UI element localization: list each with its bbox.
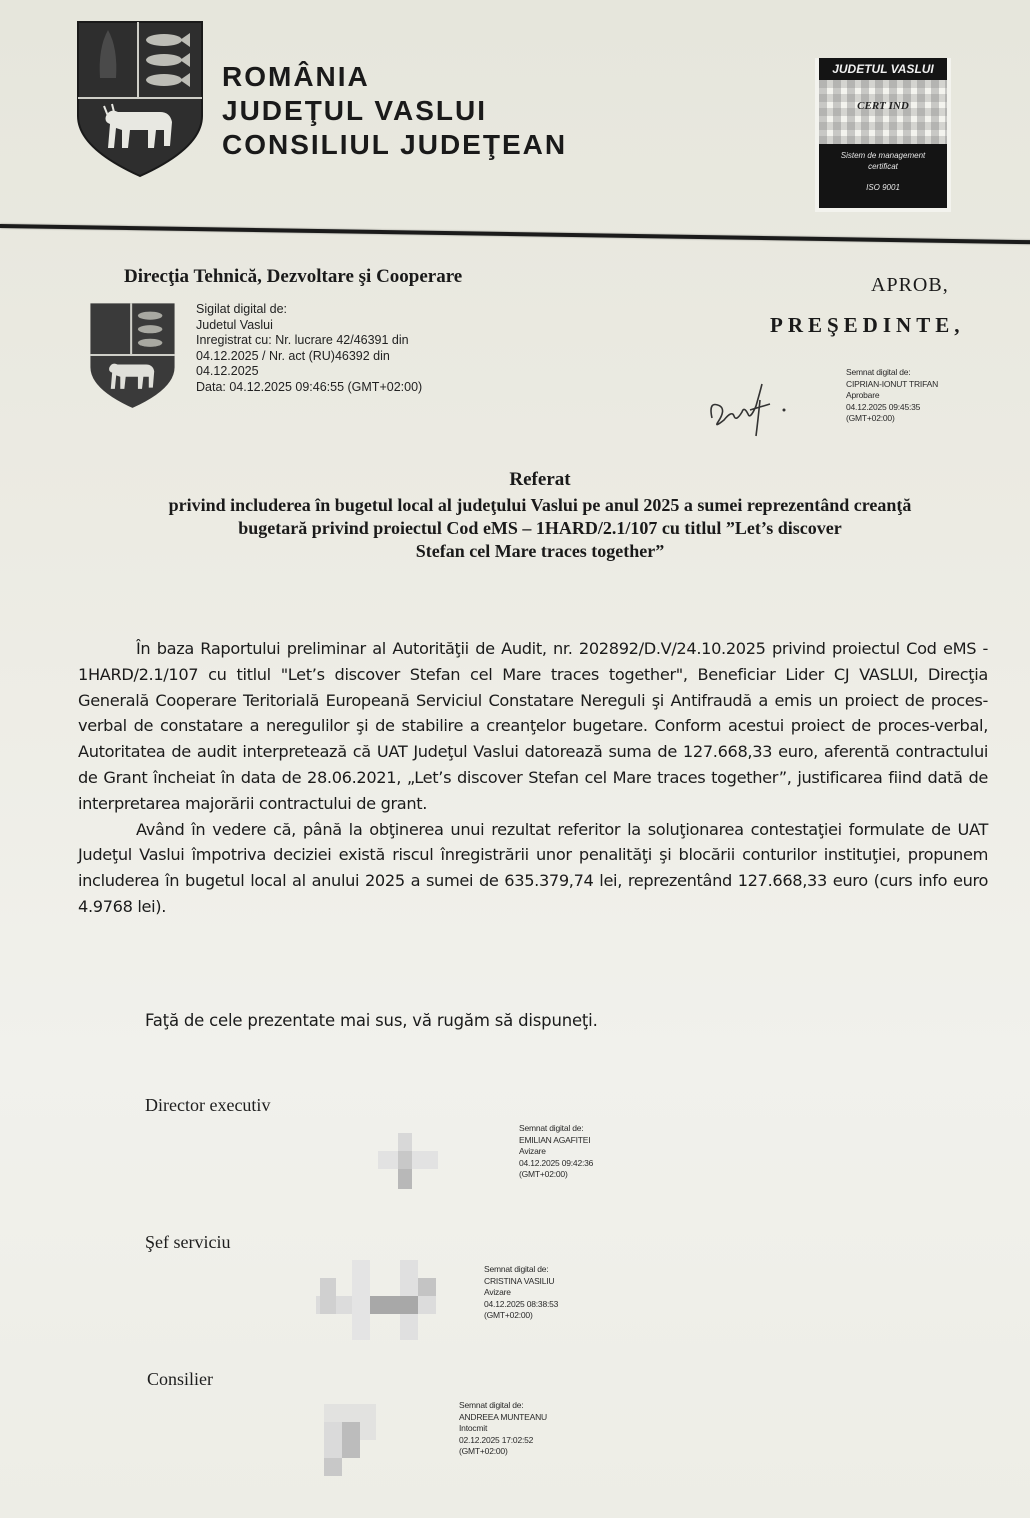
sig-timezone: (GMT+02:00) (459, 1446, 547, 1458)
sig-timezone: (GMT+02:00) (846, 413, 938, 425)
sig-action: Avizare (484, 1287, 558, 1299)
coat-of-arms-icon (70, 18, 210, 178)
seal-act-date: 04.12.2025 (196, 364, 422, 380)
sig-label: Semnat digital de: (519, 1123, 593, 1135)
header-county: JUDEŢUL VASLUI (222, 94, 567, 128)
certind-logo-icon: CERT IND (819, 100, 947, 112)
sig-name: ANDREEA MUNTEANU (459, 1412, 547, 1424)
head-of-service-digital-signature: Semnat digital de: CRISTINA VASILIU Aviz… (484, 1264, 558, 1322)
document-title: Referat privind includerea în bugetul lo… (60, 468, 1020, 563)
sig-label: Semnat digital de: (484, 1264, 558, 1276)
document-body: În baza Raportului preliminar al Autorit… (78, 636, 988, 920)
cert-logo-area: CERT IND (819, 80, 947, 144)
cert-line-1: Sistem de management (841, 151, 926, 160)
sig-datetime: 04.12.2025 09:42:36 (519, 1158, 593, 1170)
approval-label: APROB, (871, 274, 949, 297)
header-council: CONSILIUL JUDEŢEAN (222, 128, 567, 162)
director-digital-signature: Semnat digital de: EMILIAN AGAFITEI Aviz… (519, 1123, 593, 1181)
seal-act-number: 04.12.2025 / Nr. act (RU)46392 din (196, 349, 422, 365)
sig-datetime: 02.12.2025 17:02:52 (459, 1435, 547, 1447)
digital-seal-info: Sigilat digital de: Judetul Vaslui Inreg… (196, 302, 422, 395)
cert-badge-title: JUDETUL VASLUI (819, 58, 947, 80)
department-name: Direcţia Tehnică, Dezvoltare şi Cooperar… (124, 266, 462, 288)
redacted-signature-advisor (324, 1404, 380, 1476)
sig-datetime: 04.12.2025 08:38:53 (484, 1299, 558, 1311)
sig-name: CRISTINA VASILIU (484, 1276, 558, 1288)
closing-sentence: Faţă de cele prezentate mai sus, vă rugă… (145, 1011, 598, 1030)
digital-seal-crest-icon (85, 300, 180, 410)
redacted-signature-head-of-service (316, 1260, 436, 1340)
president-title: PREŞEDINTE, (770, 313, 964, 338)
body-paragraph-1: În baza Raportului preliminar al Autorit… (78, 636, 988, 817)
sig-timezone: (GMT+02:00) (484, 1310, 558, 1322)
seal-label: Sigilat digital de: (196, 302, 422, 318)
seal-entity: Judetul Vaslui (196, 318, 422, 334)
signatory-role-advisor: Consilier (147, 1369, 213, 1390)
document-heading: Referat (60, 468, 1020, 491)
cert-standard: ISO 9001 (819, 182, 947, 193)
seal-registration: Inregistrat cu: Nr. lucrare 42/46391 din (196, 333, 422, 349)
title-line-3: Stefan cel Mare traces together” (60, 540, 1020, 563)
seal-datetime: Data: 04.12.2025 09:46:55 (GMT+02:00) (196, 380, 422, 396)
header-divider (0, 224, 1030, 244)
sig-action: Aprobare (846, 390, 938, 402)
institution-header: ROMÂNIA JUDEŢUL VASLUI CONSILIUL JUDEŢEA… (222, 60, 567, 162)
sig-label: Semnat digital de: (846, 367, 938, 379)
sig-label: Semnat digital de: (459, 1400, 547, 1412)
signatory-role-director: Director executiv (145, 1095, 270, 1116)
cert-badge-footer: Sistem de management certificat ISO 9001 (819, 144, 947, 208)
title-line-1: privind includerea în bugetul local al j… (60, 494, 1020, 517)
sig-action: Intocmit (459, 1423, 547, 1435)
iso-certification-badge: JUDETUL VASLUI CERT IND Sistem de manage… (815, 58, 951, 212)
president-digital-signature: Semnat digital de: CIPRIAN-IONUT TRIFAN … (846, 367, 938, 425)
title-line-2: bugetară privind proiectul Cod eMS – 1HA… (60, 517, 1020, 540)
handwritten-signature-icon (704, 370, 794, 440)
sig-timezone: (GMT+02:00) (519, 1169, 593, 1181)
signatory-role-head-of-service: Şef serviciu (145, 1232, 230, 1253)
cert-line-2: certificat (868, 162, 898, 171)
header-country: ROMÂNIA (222, 60, 567, 94)
sig-action: Avizare (519, 1146, 593, 1158)
sig-datetime: 04.12.2025 09:45:35 (846, 402, 938, 414)
sig-name: CIPRIAN-IONUT TRIFAN (846, 379, 938, 391)
redacted-signature-director (378, 1133, 444, 1189)
advisor-digital-signature: Semnat digital de: ANDREEA MUNTEANU Into… (459, 1400, 547, 1458)
body-paragraph-2: Având în vedere că, până la obţinerea un… (78, 817, 988, 920)
sig-name: EMILIAN AGAFITEI (519, 1135, 593, 1147)
